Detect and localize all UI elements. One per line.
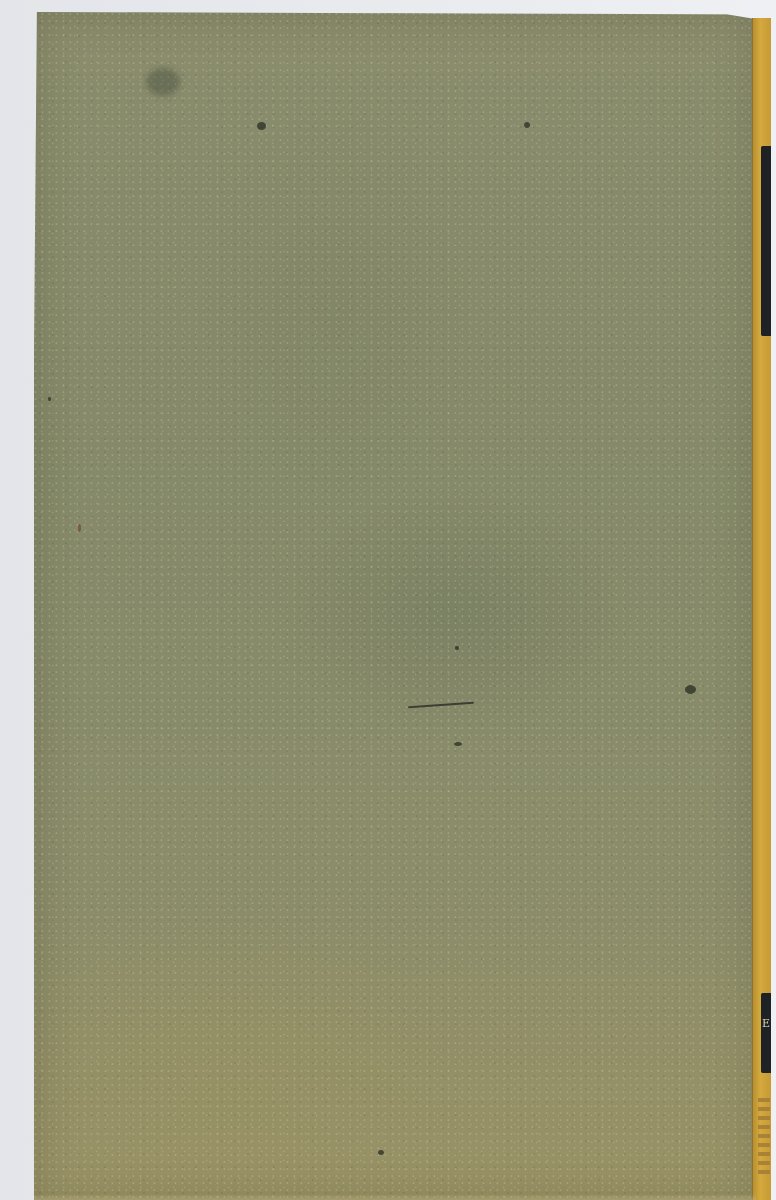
stain-dot <box>524 122 530 128</box>
spine-ornament <box>758 1098 770 1178</box>
cover-bottom-edge <box>34 1194 756 1200</box>
stain-dot <box>455 646 459 650</box>
spine-letter: E <box>762 1018 770 1029</box>
stain-dot <box>257 122 266 130</box>
paper-texture <box>34 12 756 1200</box>
stain-smudge <box>146 68 180 96</box>
stain-dot <box>454 742 462 746</box>
stain-dot <box>378 1150 384 1155</box>
stain-dot <box>685 685 696 694</box>
stain-dot <box>48 397 51 401</box>
stain-dot <box>78 524 81 532</box>
book-back-cover <box>34 12 756 1200</box>
book-spine-edge: E <box>752 18 771 1200</box>
spine-label-bottom <box>761 993 771 1073</box>
spine-label-top <box>761 146 771 336</box>
